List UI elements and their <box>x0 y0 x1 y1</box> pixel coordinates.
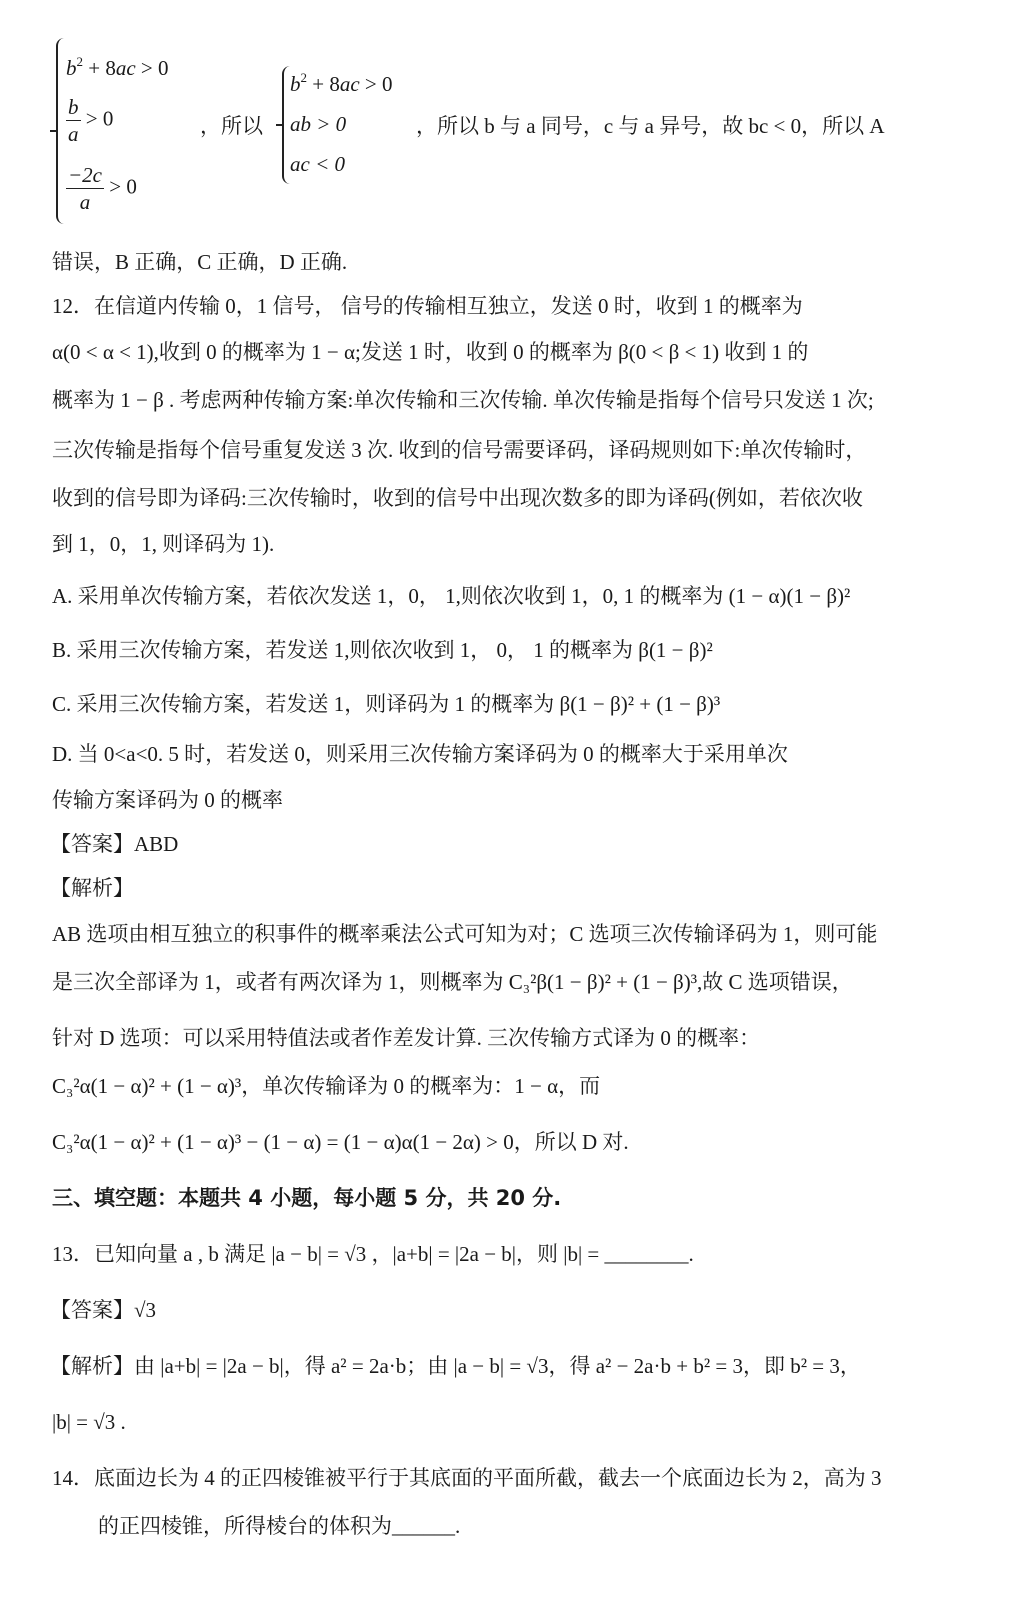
q12-option-c: C. 采用三次传输方案，若发送 1，则译码为 1 的概率为 β(1 − β)² … <box>52 690 720 718</box>
ineq-row-3: −2ca > 0 <box>66 162 137 215</box>
ineq2-row-2: ab > 0 <box>290 110 346 138</box>
final-verdict: 错误，B 正确，C 正确，D 正确. <box>52 248 347 276</box>
q12-line-3: 概率为 1 − β . 考虑两种传输方案:单次传输和三次传输. 单次传输是指每个… <box>52 386 874 414</box>
conclusion-text: ，所以 b 与 a 同号，c 与 a 异号，故 bc < 0，所以 A <box>416 112 885 140</box>
q13-question: 13．已知向量 a , b 满足 |a − b| = √3 ，|a+b| = |… <box>52 1240 694 1268</box>
brace-tip <box>276 124 284 126</box>
q13-analysis-line-2: |b| = √3 . <box>52 1408 126 1436</box>
q12-analysis-line-3: 针对 D 选项：可以采用特值法或者作差发计算. 三次传输方式译为 0 的概率： <box>52 1024 760 1052</box>
q12-line-2: α(0 < α < 1),收到 0 的概率为 1 − α;发送 1 时，收到 0… <box>52 338 808 366</box>
q12-option-a: A. 采用单次传输方案，若依次发送 1，0， 1,则依次收到 1，0, 1 的概… <box>52 582 850 610</box>
q14-line-2: 的正四棱锥，所得棱台的体积为______. <box>98 1512 460 1540</box>
q12-option-d-line-2: 传输方案译码为 0 的概率 <box>52 786 283 814</box>
q12-line-5: 收到的信号即为译码:三次传输时，收到的信号中出现次数多的即为译码(例如，若依次收 <box>52 484 863 512</box>
q12-analysis-line-2: 是三次全部译为 1，或者有两次译为 1，则概率为 C₃²β(1 − β)² + … <box>52 968 853 996</box>
q12-option-d-line-1: D. 当 0<a<0. 5 时，若发送 0，则采用三次传输方案译码为 0 的概率… <box>52 740 788 768</box>
ineq-row-1: b2 + 8ac > 0 <box>66 54 169 82</box>
q13-answer: 【答案】√3 <box>50 1296 156 1324</box>
q12-analysis-line-1: AB 选项由相互独立的积事件的概率乘法公式可知为对；C 选项三次传输译码为 1，… <box>52 920 877 948</box>
ineq-row-2: ba > 0 <box>66 94 113 147</box>
q12-analysis-label: 【解析】 <box>50 874 134 902</box>
q12-analysis-line-5: C₃²α(1 − α)² + (1 − α)³ − (1 − α) = (1 −… <box>52 1128 629 1156</box>
ineq2-row-3: ac < 0 <box>290 150 345 178</box>
brace-tip <box>50 130 58 132</box>
ineq2-row-1: b2 + 8ac > 0 <box>290 70 393 98</box>
q12-line-4: 三次传输是指每个信号重复发送 3 次. 收到的信号需要译码，译码规则如下:单次传… <box>52 436 866 464</box>
q12-answer: 【答案】ABD <box>50 830 178 858</box>
section-3-title: 三、填空题：本题共 4 小题，每小题 5 分，共 20 分. <box>52 1184 561 1212</box>
q14-line-1: 14．底面边长为 4 的正四棱锥被平行于其底面的平面所截，截去一个底面边长为 2… <box>52 1464 882 1492</box>
q13-analysis-line-1: 【解析】由 |a+b| = |2a − b|，得 a² = 2a·b；由 |a … <box>50 1352 861 1380</box>
connector-text: ，所以 <box>200 112 263 140</box>
q12-analysis-line-4: C₃²α(1 − α)² + (1 − α)³，单次传输译为 0 的概率为：1 … <box>52 1072 600 1100</box>
q12-line-1: 12．在信道内传输 0，1 信号， 信号的传输相互独立，发送 0 时，收到 1 … <box>52 292 803 320</box>
q12-line-6: 到 1，0，1, 则译码为 1). <box>52 530 274 558</box>
q12-option-b: B. 采用三次传输方案，若发送 1,则依次收到 1， 0， 1 的概率为 β(1… <box>52 636 713 664</box>
